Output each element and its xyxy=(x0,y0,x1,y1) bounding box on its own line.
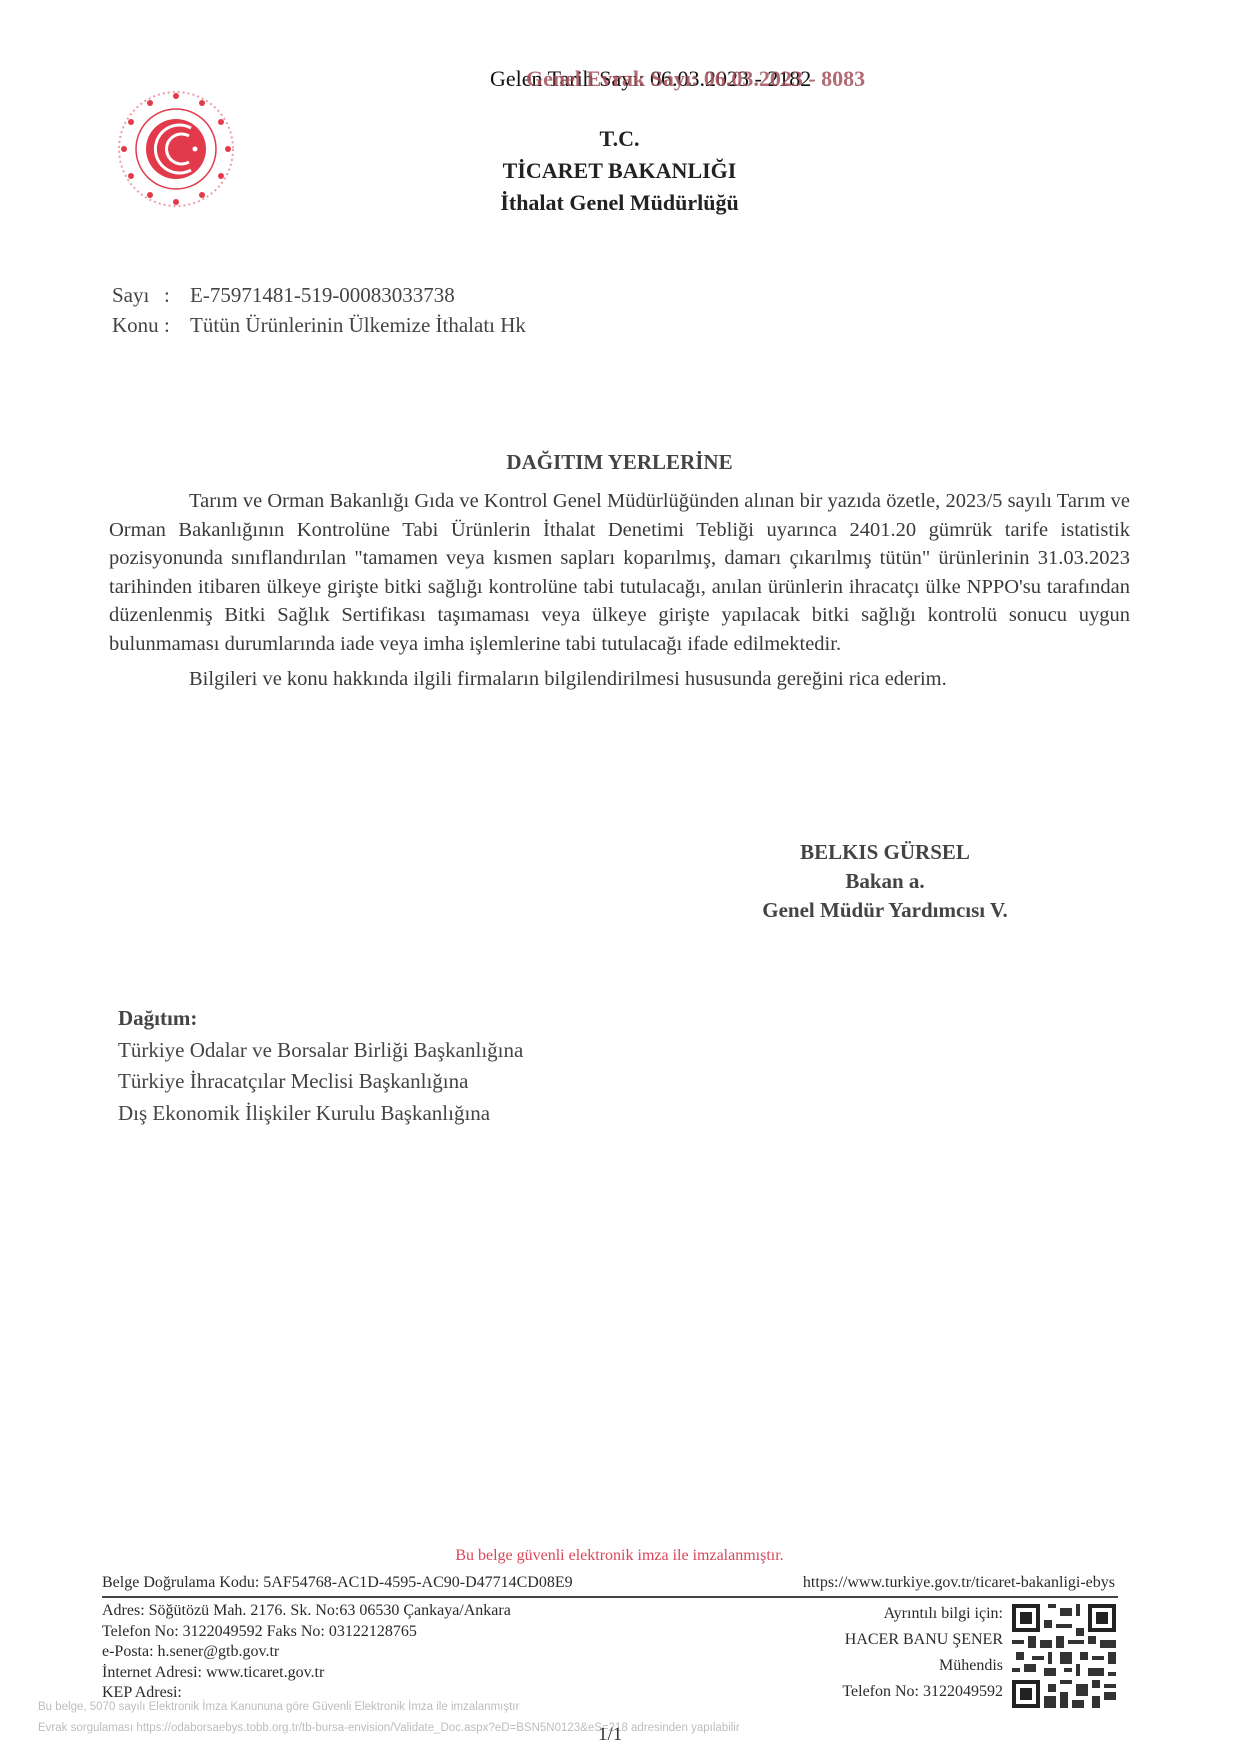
qr-code-icon[interactable] xyxy=(1012,1604,1116,1708)
document-query-watermark: Evrak sorgulaması https://odaborsaebys.t… xyxy=(38,1722,740,1734)
incoming-stamp: Gelen Tarih Sayı: 06.03.2023 - 2182 Gene… xyxy=(490,66,811,92)
header-ministry: TİCARET BAKANLIĞI xyxy=(0,155,1239,187)
website[interactable]: İnternet Adresi: www.ticaret.gov.tr xyxy=(102,1663,511,1684)
distribution-item: Dış Ekonomik İlişkiler Kurulu Başkanlığı… xyxy=(118,1098,523,1130)
recipient-title: DAĞITIM YERLERİNE xyxy=(0,450,1239,475)
esign-law-watermark: Bu belge, 5070 sayılı Elektronik İmza Ka… xyxy=(38,1701,519,1713)
header-directorate: İthalat Genel Müdürlüğü xyxy=(0,187,1239,219)
signer-title: Genel Müdür Yardımcısı V. xyxy=(690,896,1080,925)
distribution-item: Türkiye İhracatçılar Meclisi Başkanlığın… xyxy=(118,1066,523,1098)
email[interactable]: e-Posta: h.sener@gtb.gov.tr xyxy=(102,1642,511,1663)
verification-code: Belge Doğrulama Kodu: 5AF54768-AC1D-4595… xyxy=(102,1573,573,1594)
contact-label: Ayrıntılı bilgi için: xyxy=(842,1601,1003,1627)
contact-name: HACER BANU ŞENER xyxy=(842,1627,1003,1653)
contact-phone: Telefon No: 3122049592 xyxy=(842,1679,1003,1705)
number-value: E-75971481-519-00083033738 xyxy=(190,283,455,307)
phone-fax: Telefon No: 3122049592 Faks No: 03122128… xyxy=(102,1622,511,1643)
signer-role: Bakan a. xyxy=(690,867,1080,896)
subject-label: Konu xyxy=(112,313,164,338)
contact-details: Adres: Söğütözü Mah. 2176. Sk. No:63 065… xyxy=(102,1601,511,1704)
general-document-number: Genel Evrak Sayı: 06.03.2023 - 8083 xyxy=(526,66,865,92)
contact-title: Mühendis xyxy=(842,1653,1003,1679)
verification-url[interactable]: https://www.turkiye.gov.tr/ticaret-bakan… xyxy=(803,1573,1115,1594)
header-tc: T.C. xyxy=(0,123,1239,155)
separator: : xyxy=(164,283,190,308)
contact-person: Ayrıntılı bilgi için: HACER BANU ŞENER M… xyxy=(842,1601,1003,1705)
body-paragraph: Bilgileri ve konu hakkında ilgili firmal… xyxy=(109,665,1130,694)
letter-body: Tarım ve Orman Bakanlığı Gıda ve Kontrol… xyxy=(109,487,1130,694)
page-number: 1/1 xyxy=(598,1724,622,1746)
document-number: Sayı:E-75971481-519-00083033738 xyxy=(112,283,455,308)
separator: : xyxy=(164,313,190,338)
number-label: Sayı xyxy=(112,283,164,308)
distribution-item: Türkiye Odalar ve Borsalar Birliği Başka… xyxy=(118,1035,523,1067)
signature-block: BELKIS GÜRSEL Bakan a. Genel Müdür Yardı… xyxy=(690,838,1080,925)
footer-divider xyxy=(102,1596,1118,1598)
esignature-note: Bu belge güvenli elektronik imza ile imz… xyxy=(0,1547,1239,1565)
distribution-heading: Dağıtım: xyxy=(118,1003,523,1035)
subject-value: Tütün Ürünlerinin Ülkemize İthalatı Hk xyxy=(190,313,526,337)
distribution-list: Dağıtım: Türkiye Odalar ve Borsalar Birl… xyxy=(118,1003,523,1129)
signer-name: BELKIS GÜRSEL xyxy=(690,838,1080,867)
body-paragraph: Tarım ve Orman Bakanlığı Gıda ve Kontrol… xyxy=(109,487,1130,658)
document-subject: Konu:Tütün Ürünlerinin Ülkemize İthalatı… xyxy=(112,313,526,338)
address: Adres: Söğütözü Mah. 2176. Sk. No:63 065… xyxy=(102,1601,511,1622)
